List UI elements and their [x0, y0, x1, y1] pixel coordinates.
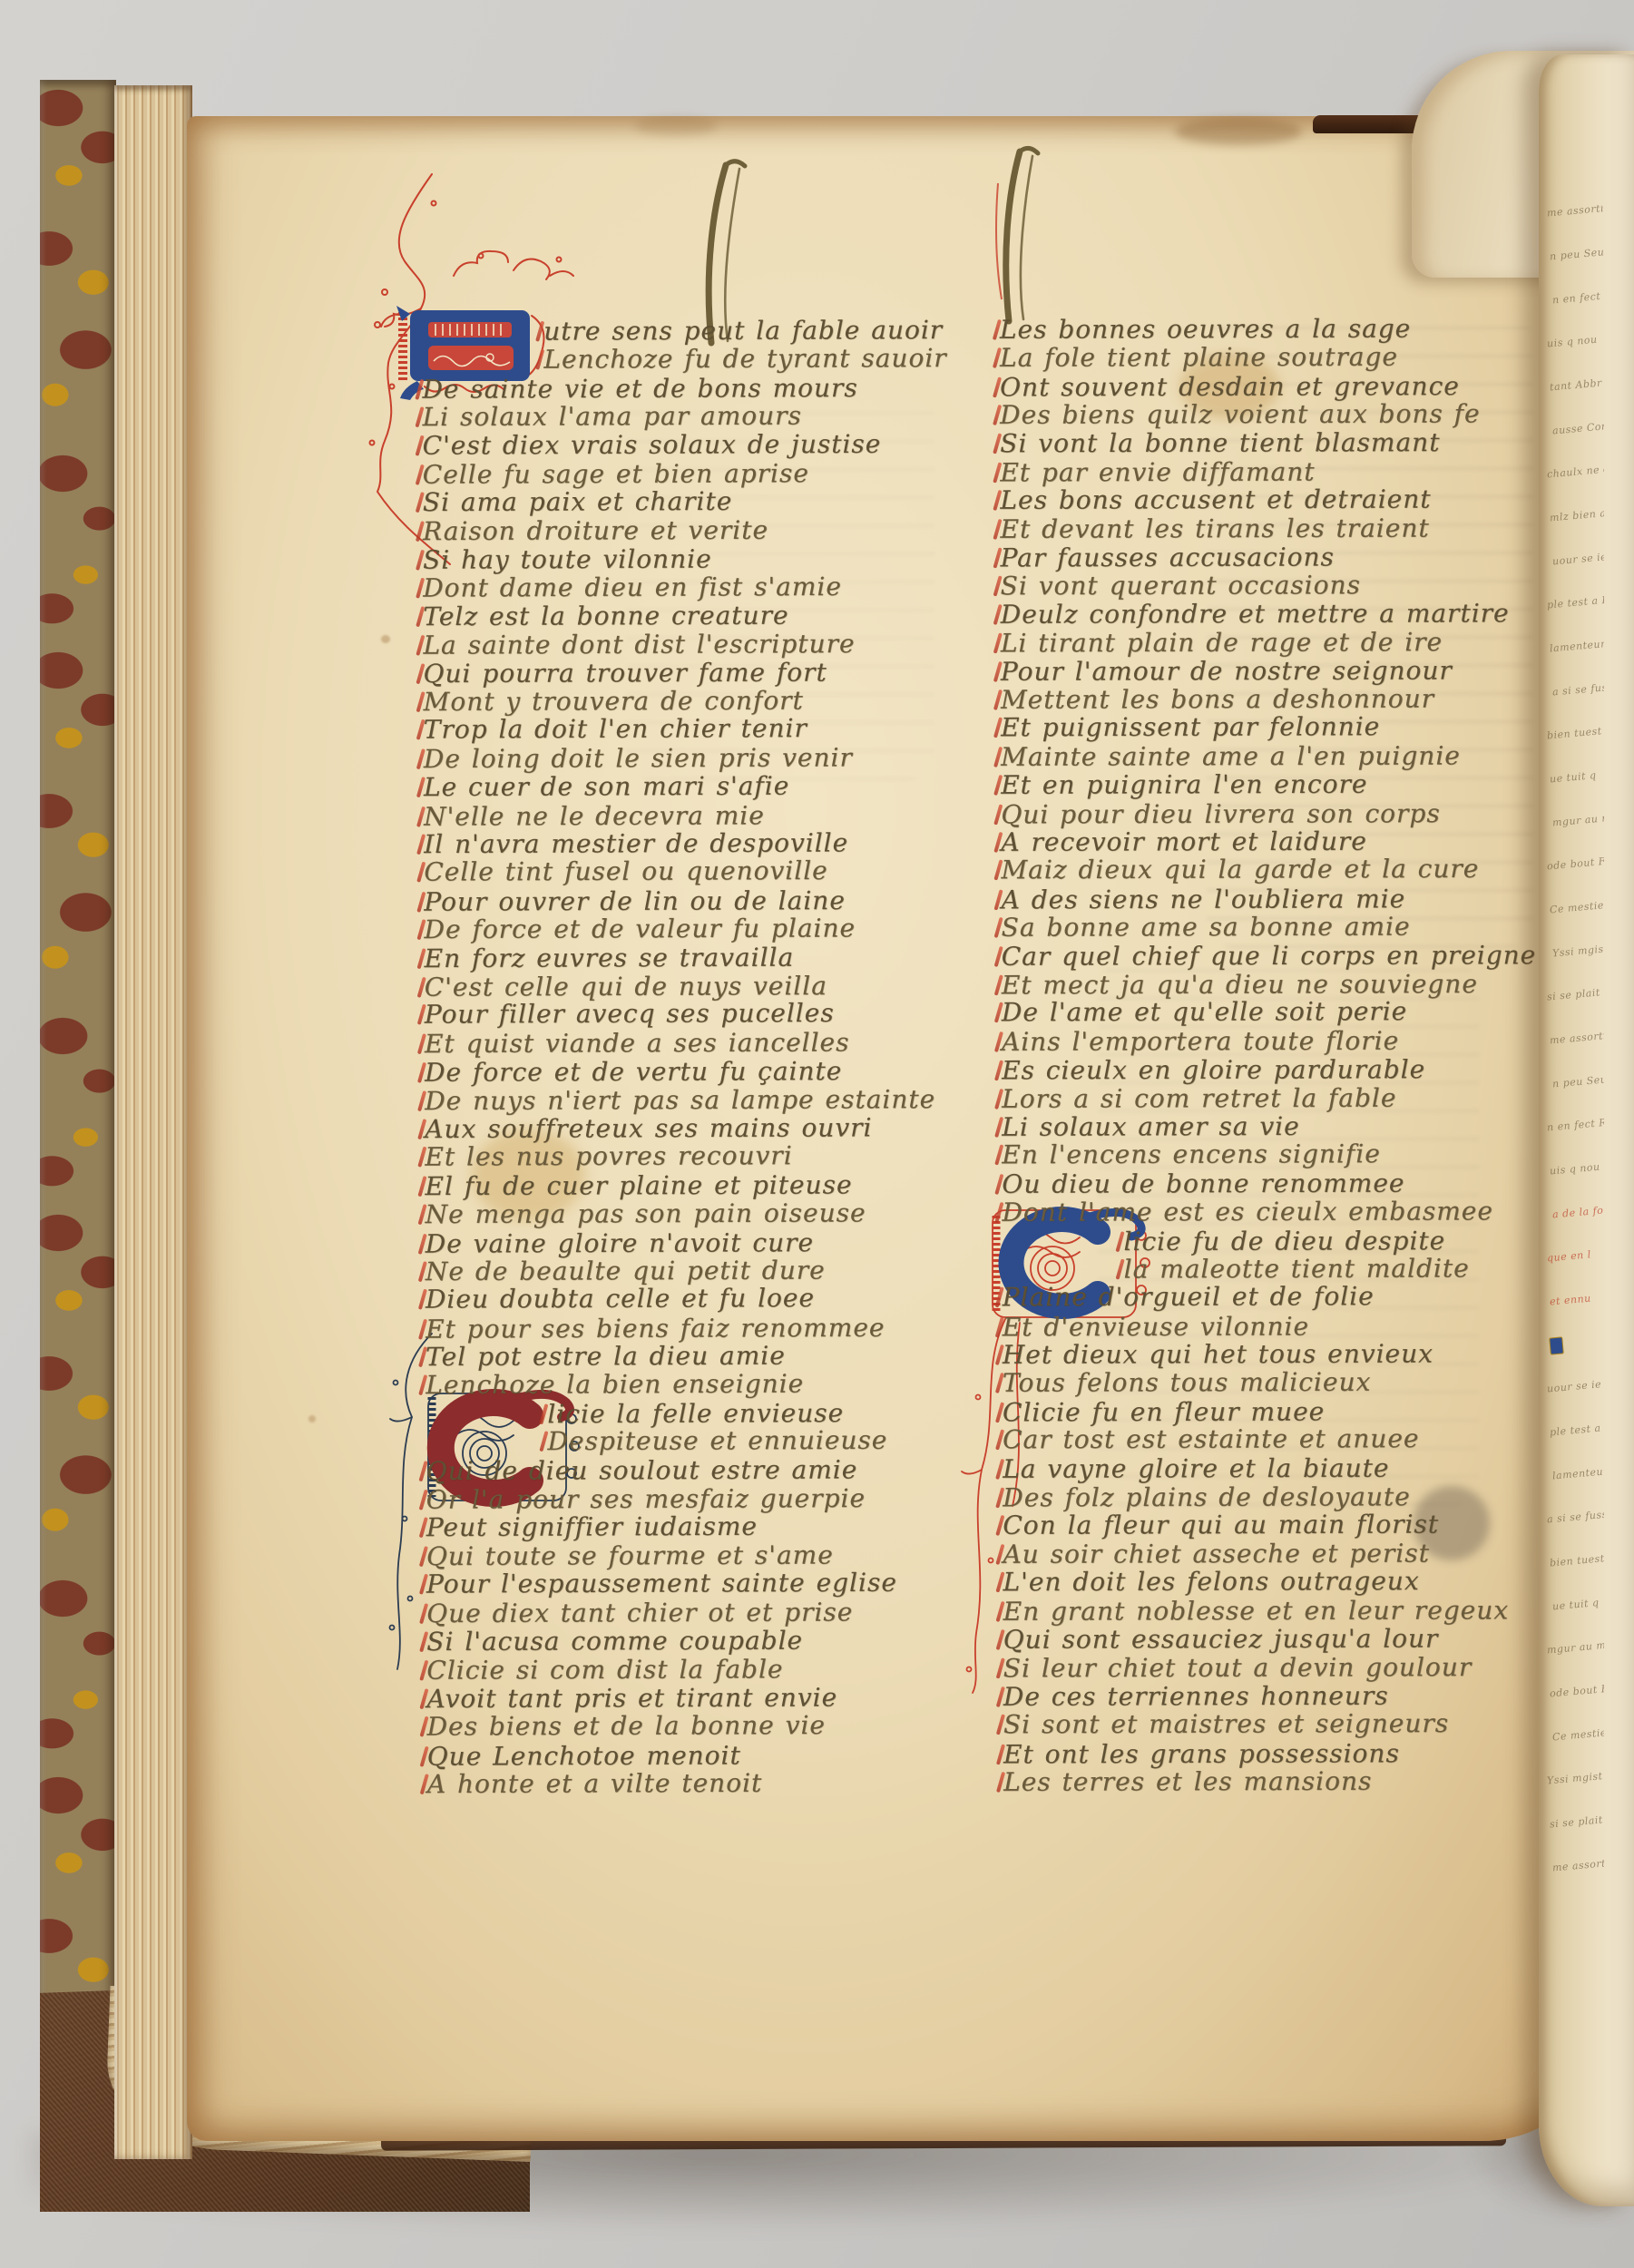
line-text: En grant noblesse et en leur regeux	[1003, 1595, 1510, 1626]
fore-edge-text-line: tant Abbr	[1550, 376, 1604, 394]
text-line: Et par envie diffamant	[989, 457, 1570, 487]
text-line: Despiteuse et ennuieuse	[415, 1426, 995, 1457]
line-text: Clicie si com dist la fable	[426, 1655, 783, 1686]
line-text: Ne de beaulte qui petit dure	[426, 1255, 826, 1286]
text-line: Con la fleur qui au main florist	[992, 1510, 1572, 1540]
text-line: Celle fu sage et bien aprise	[412, 458, 993, 489]
line-text: Mainte sainte ame a l'en puignie	[1001, 740, 1461, 771]
line-text: De ces terriennes honneurs	[1003, 1680, 1389, 1711]
text-line: Peut signiffier iudaisme	[416, 1511, 996, 1542]
fore-edge-text-line: n peu Seur	[1550, 246, 1604, 263]
line-text: Lenchoze la bien enseignie	[426, 1369, 804, 1400]
line-text: Il n'avra mestier de despoville	[424, 827, 848, 859]
text-line: Car tost est estainte et anuee	[992, 1424, 1572, 1454]
line-text: Ou dieu de bonne renommee	[1002, 1168, 1404, 1198]
text-line: Le cuer de son mari s'afie	[413, 771, 993, 802]
manuscript-photo: utre sens peut la fable auoirLenchoze fu…	[0, 0, 1634, 2268]
line-text: Les bons accusent et detraient	[1000, 484, 1431, 515]
text-line: De force et de vertu fu çainte	[414, 1057, 994, 1088]
fore-edge-text-line: Ce mestier	[1552, 1726, 1604, 1744]
line-text: Mettent les bons a deshonnour	[1001, 684, 1434, 715]
line-text: Les terres et les mansions	[1003, 1766, 1372, 1797]
text-line: En grant noblesse et en leur regeux	[993, 1596, 1573, 1626]
text-line: Les terres et les mansions	[993, 1766, 1573, 1796]
line-text: Het dieux qui het tous envieux	[1003, 1339, 1433, 1370]
line-text: Pour filler avecq ses pucelles	[425, 998, 835, 1030]
text-line: Et devant les tirans les traient	[989, 513, 1570, 543]
fore-edge-text-line: si se plait	[1550, 1813, 1604, 1831]
text-line: Tel pot estre la dieu amie	[415, 1341, 995, 1372]
fore-edge-text-line: uour se ie len	[1547, 1378, 1604, 1395]
text-line: En forz euvres se travailla	[414, 942, 994, 973]
line-text: De l'ame et qu'elle soit perie	[1002, 997, 1407, 1028]
text-line: A honte et a vilte tenoit	[416, 1768, 997, 1799]
text-line: Ne de beaulte qui petit dure	[415, 1256, 995, 1286]
text-line: Celle tint fusel ou quenoville	[413, 856, 993, 887]
text-line: Dont dame dieu en fist s'amie	[412, 572, 993, 602]
line-text: Maiz dieux qui la garde et la cure	[1001, 854, 1479, 885]
text-line: Si l'acusa comme coupable	[416, 1626, 996, 1657]
line-text: El fu de cuer plaine et piteuse	[425, 1169, 852, 1201]
text-line: En l'encens encens signifie	[991, 1139, 1571, 1169]
text-line: Mainte sainte ame a l'en puignie	[990, 741, 1570, 771]
text-line: utre sens peut la fable auoir	[411, 316, 992, 347]
text-line: Si vont la bonne tient blasmant	[989, 427, 1570, 457]
fore-edge-text-line: a si se fusse	[1552, 681, 1604, 699]
line-text: Ont souvent desdain et grevance	[1000, 371, 1460, 402]
text-line: Car quel chief que li corps en preigne	[991, 941, 1571, 971]
line-text: Et les nus povres recouvri	[425, 1140, 792, 1171]
text-line: Si vont querant occasions	[990, 570, 1570, 600]
text-line: Et quist viande a ses iancelles	[414, 1028, 994, 1059]
text-line: Ont souvent desdain et grevance	[989, 372, 1570, 402]
line-text: Mont y trouvera de confort	[424, 686, 804, 717]
fore-edge-text-line: chaulx ne d	[1547, 464, 1604, 481]
text-line: Des folz plains de desloyaute	[992, 1482, 1572, 1512]
line-text: Tel pot estre la dieu amie	[426, 1341, 786, 1372]
line-text: Plaine d'orgueil et de folie	[1003, 1282, 1375, 1313]
fore-edge-text-line: mgur au m	[1552, 812, 1604, 829]
line-text: La sainte dont dist l'escripture	[423, 629, 855, 660]
line-text: Si vont la bonne tient blasmant	[1000, 427, 1440, 458]
line-text: Par fausses accusacions	[1001, 543, 1335, 573]
text-line: Maiz dieux qui la garde et la cure	[990, 855, 1570, 885]
line-text: Celle fu sage et bien aprise	[423, 458, 809, 489]
line-text: licie fu de dieu despite	[1123, 1226, 1445, 1256]
line-text: Pour l'amour de nostre seignour	[1001, 655, 1453, 686]
text-line: La sainte dont dist l'escripture	[412, 630, 993, 660]
text-line: licie la felle envieuse	[415, 1398, 995, 1429]
line-text: Si l'acusa comme coupable	[426, 1626, 803, 1657]
top-edge-browning	[1175, 118, 1302, 145]
text-line: Si leur chiet tout a devin goulour	[993, 1653, 1573, 1683]
text-line: Qui pour dieu livrera son corps	[990, 798, 1570, 828]
fore-edge-text-line: uour se ie len	[1552, 551, 1604, 568]
line-text: C'est celle qui de nuys veilla	[425, 971, 827, 1002]
fore-edge-text-line: a de la fo	[1552, 1204, 1604, 1221]
text-line: Clicie si com dist la fable	[416, 1655, 996, 1686]
line-text: Or l'a pour ses mesfaiz guerpie	[426, 1483, 866, 1515]
line-text: Avoit tant pris et tirant envie	[426, 1682, 837, 1714]
page-stack-gutter-edge	[114, 85, 192, 2159]
line-text: L'en doit les felons outrageux	[1003, 1566, 1419, 1597]
fore-edge-text-line: uis q nou	[1547, 333, 1604, 350]
line-text: En l'encens encens signifie	[1002, 1139, 1381, 1170]
fore-edge-text-line: ausse Com	[1552, 420, 1604, 437]
line-text: Des biens et de la bonne vie	[427, 1710, 826, 1742]
text-line: Sa bonne ame sa bonne amie	[991, 912, 1571, 942]
line-text: Si sont et maistres et seigneurs	[1003, 1708, 1449, 1739]
text-line: Qui toute se fourme et s'ame	[416, 1540, 996, 1571]
text-line: Si hay toute vilonnie	[412, 544, 993, 575]
text-column-1: utre sens peut la fable auoirLenchoze fu…	[411, 316, 997, 1799]
line-text: Si leur chiet tout a devin goulour	[1003, 1652, 1473, 1683]
line-text: Si ama paix et charite	[423, 486, 733, 517]
text-line: la maleotte tient maldite	[992, 1254, 1572, 1284]
fore-edge-text-line: lamenteur Ser	[1550, 638, 1604, 655]
fore-edge-text-line: me assorti	[1550, 1030, 1604, 1047]
text-line: A recevoir mort et laidure	[990, 826, 1570, 856]
line-text: Ains l'emportera toute florie	[1002, 1025, 1399, 1056]
line-text: De nuys n'iert pas sa lampe estainte	[425, 1084, 935, 1116]
line-text: Que diex tant chier ot et prise	[426, 1597, 853, 1628]
fore-edge-text-line: Ce mestier	[1550, 899, 1604, 916]
fore-edge-text-line: me assorti	[1552, 1857, 1604, 1874]
line-text: Et d'envieuse vilonnie	[1003, 1311, 1309, 1342]
line-text: Si hay toute vilonnie	[423, 544, 712, 575]
line-text: A honte et a vilte tenoit	[427, 1768, 763, 1799]
line-text: Li solaux amer sa vie	[1002, 1111, 1300, 1142]
text-line: C'est diex vrais solaux de justise	[412, 429, 993, 460]
line-text: Des biens quilz voient aux bons fe	[1000, 399, 1480, 430]
text-line: Et mect ja qu'a dieu ne souviegne	[991, 970, 1571, 1000]
line-text: A recevoir mort et laidure	[1001, 826, 1367, 857]
fore-edge-text: me assortin peu Seurn en fect Rouis q no…	[1544, 205, 1604, 1911]
text-line: Et en puignira l'en encore	[990, 769, 1570, 799]
line-text: Et devant les tirans les traient	[1000, 513, 1429, 543]
text-column-2: Les bonnes oeuvres a la sageLa fole tien…	[989, 314, 1573, 1796]
line-text: Qui de dieu soulout estre amie	[426, 1454, 858, 1486]
text-line: licie fu de dieu despite	[991, 1226, 1571, 1256]
text-line: La vayne gloire et la biaute	[992, 1453, 1572, 1483]
line-text: Li tirant plain de rage et de ire	[1001, 627, 1443, 658]
line-text: De force et de vertu fu çainte	[425, 1056, 842, 1088]
line-text: De loing doit le sien pris venir	[424, 742, 853, 774]
text-line: De vaine gloire n'avoit cure	[415, 1227, 995, 1258]
fore-edge-text-line: et ennu	[1550, 1291, 1604, 1308]
line-text: De force et de valeur fu plaine	[424, 914, 856, 945]
line-text: Et en puignira l'en encore	[1001, 769, 1367, 800]
line-text: Si vont querant occasions	[1001, 570, 1361, 601]
text-line: Et puignissent par felonnie	[990, 712, 1570, 742]
line-text: Que Lenchotoe menoit	[427, 1740, 741, 1771]
text-line: N'elle ne le decevra mie	[413, 800, 993, 831]
cadel-ascender-column2	[973, 147, 1063, 328]
line-text: Sa bonne ame sa bonne amie	[1002, 912, 1411, 943]
text-line: Que Lenchotoe menoit	[416, 1740, 997, 1771]
line-text: Des folz plains de desloyaute	[1003, 1481, 1410, 1512]
line-text: Et quist viande a ses iancelles	[425, 1027, 850, 1059]
line-text: Et pour ses biens faiz renommee	[426, 1313, 885, 1344]
line-text: La fole tient plaine soutrage	[1000, 342, 1398, 373]
text-line: Lors a si com retret la fable	[991, 1083, 1571, 1113]
text-line: Plaine d'orgueil et de folie	[992, 1282, 1572, 1312]
text-line: Et d'envieuse vilonnie	[992, 1311, 1572, 1341]
text-line: Les bonnes oeuvres a la sage	[989, 314, 1570, 344]
text-line: De nuys n'iert pas sa lampe estainte	[414, 1084, 994, 1115]
stain-dot	[381, 635, 390, 643]
line-text: Tous felons tous malicieux	[1003, 1367, 1371, 1398]
line-text: N'elle ne le decevra mie	[424, 800, 765, 831]
text-line: Tous felons tous malicieux	[992, 1368, 1572, 1398]
line-text: De sainte vie et de bons mours	[422, 373, 857, 405]
fore-edge-text-line: mlz bien au	[1550, 507, 1604, 524]
text-line: Qui sont essauciez jusqu'a lour	[993, 1624, 1573, 1654]
text-line: El fu de cuer plaine et piteuse	[414, 1170, 994, 1201]
line-text: Qui pourra trouver fame fort	[423, 657, 827, 689]
line-text: Peut signiffier iudaisme	[426, 1511, 758, 1542]
line-text: Lenchoze fu de tyrant sauoir	[543, 343, 946, 375]
text-line: De l'ame et qu'elle soit perie	[991, 997, 1571, 1027]
line-text: De vaine gloire n'avoit cure	[426, 1227, 814, 1258]
text-line: Les bons accusent et detraient	[989, 485, 1570, 515]
line-text: Pour l'espaussement sainte eglise	[426, 1568, 897, 1599]
fore-edge-text-line: n en fect Ro	[1552, 289, 1604, 307]
text-line: Qui de dieu soulout estre amie	[416, 1455, 996, 1486]
fore-edge-text-line: bien tuest si	[1547, 725, 1604, 742]
fore-edge-text-line: ue tuit q	[1550, 768, 1604, 786]
text-line: Or l'a pour ses mesfaiz guerpie	[416, 1483, 996, 1514]
fore-edge-text-line: ple test a Rom	[1547, 594, 1604, 611]
text-line: Lenchoze fu de tyrant sauoir	[411, 344, 992, 375]
text-line: Et ont les grans possessions	[993, 1738, 1573, 1768]
text-line: Des biens et de la bonne vie	[416, 1711, 997, 1742]
fore-edge-text-line: me assorti	[1547, 205, 1604, 219]
text-line: Pour l'espaussement sainte eglise	[416, 1569, 996, 1599]
fore-edge-text-line: si se plait	[1547, 986, 1604, 1003]
text-line: De ces terriennes honneurs	[993, 1681, 1573, 1711]
line-text: Raison droiture et verite	[423, 514, 768, 545]
line-text: Qui pour dieu livrera son corps	[1001, 798, 1440, 829]
fore-edge-text-line: ode bout Fu	[1550, 1683, 1604, 1700]
text-line: Avoit tant pris et tirant envie	[416, 1683, 996, 1714]
line-text: Dieu doubta celle et fu loee	[426, 1283, 815, 1314]
fore-edge-text-line: bien tuest si	[1550, 1552, 1604, 1569]
line-text: A des siens ne l'oubliera mie	[1002, 884, 1406, 914]
fore-edge-text-line: a si se fusse	[1547, 1509, 1604, 1526]
line-text: licie la felle envieuse	[547, 1398, 844, 1429]
line-text: En forz euvres se travailla	[425, 942, 795, 973]
text-line: Et pour ses biens faiz renommee	[415, 1313, 995, 1344]
line-text: Deulz confondre et mettre a martire	[1001, 598, 1510, 629]
line-text: Qui toute se fourme et s'ame	[426, 1540, 834, 1571]
text-line: C'est celle qui de nuys veilla	[414, 971, 994, 1002]
line-text: Es cieulx en gloire pardurable	[1002, 1054, 1425, 1085]
fore-edge-text-line: ode bout Fu	[1547, 855, 1604, 873]
line-text: Telz est la bonne creature	[423, 601, 788, 631]
fore-edge-text-line: n en fect Ro	[1547, 1117, 1604, 1134]
text-line: Lenchoze la bien enseignie	[415, 1369, 995, 1400]
text-line: Des biens quilz voient aux bons fe	[989, 399, 1570, 429]
text-line: Pour l'amour de nostre seignour	[990, 656, 1570, 686]
line-text: Au soir chiet asseche et perist	[1003, 1538, 1429, 1569]
text-line: Ou dieu de bonne renommee	[991, 1168, 1571, 1198]
line-text: Qui sont essauciez jusqu'a lour	[1003, 1624, 1439, 1655]
text-line: Pour filler avecq ses pucelles	[414, 999, 994, 1030]
line-text: Aux souffreteux ses mains ouvri	[425, 1112, 872, 1144]
text-line: Clicie fu en fleur muee	[992, 1397, 1572, 1427]
text-line: Il n'avra mestier de despoville	[413, 828, 993, 859]
stain-dot	[308, 1415, 316, 1422]
line-text: Et puignissent par felonnie	[1001, 712, 1380, 743]
text-line: Au soir chiet asseche et perist	[992, 1539, 1572, 1569]
text-line: Qui pourra trouver fame fort	[412, 658, 993, 689]
line-text: Celle tint fusel ou quenoville	[424, 855, 828, 887]
text-line: De force et de valeur fu plaine	[413, 914, 993, 944]
fore-edge-text-line: lamenteur Ser	[1552, 1465, 1604, 1482]
fore-edge-mini-initial	[1549, 1336, 1564, 1354]
fore-edge-text-line: mgur au m	[1547, 1639, 1604, 1657]
line-text: Le cuer de son mari s'afie	[424, 771, 789, 802]
line-text: Les bonnes oeuvres a la sage	[1000, 314, 1411, 345]
line-text: Car quel chief que li corps en preigne	[1002, 940, 1537, 972]
line-text: Con la fleur qui au main florist	[1003, 1510, 1439, 1540]
text-line: De sainte vie et de bons mours	[411, 373, 992, 404]
line-text: Et par envie diffamant	[1000, 456, 1315, 487]
text-line: Deulz confondre et mettre a martire	[990, 599, 1570, 629]
line-text: Dont l'ame est es cieulx embasmee	[1002, 1196, 1493, 1227]
text-line: Mettent les bons a deshonnour	[990, 684, 1570, 714]
top-edge-browning	[635, 116, 717, 136]
text-line: Mont y trouvera de confort	[413, 686, 993, 717]
text-line: Telz est la bonne creature	[412, 601, 993, 631]
text-line: Het dieux qui het tous envieux	[992, 1339, 1572, 1369]
book-cover-marbled-edge	[40, 80, 116, 2157]
fore-edge-text-line: que en l	[1547, 1247, 1604, 1265]
line-text: Trop la doit l'en chier tenir	[424, 714, 807, 745]
line-text: Et ont les grans possessions	[1003, 1738, 1400, 1769]
text-line: Dieu doubta celle et fu loee	[415, 1284, 995, 1315]
text-line: Pour ouvrer de lin ou de laine	[413, 885, 993, 916]
fore-edge-text-line: Yssi mgist	[1552, 943, 1604, 960]
line-text: utre sens peut la fable auoir	[543, 315, 943, 347]
text-line: Aux souffreteux ses mains ouvri	[414, 1113, 994, 1144]
line-text: Dont dame dieu en fist s'amie	[423, 571, 842, 602]
line-text: Ne menga pas son pain oiseuse	[426, 1198, 866, 1229]
text-line: La fole tient plaine soutrage	[989, 343, 1570, 373]
text-line: Si sont et maistres et seigneurs	[993, 1709, 1573, 1739]
line-text: La vayne gloire et la biaute	[1003, 1452, 1389, 1483]
line-text: Despiteuse et ennuieuse	[547, 1425, 887, 1456]
text-line: Et les nus povres recouvri	[414, 1141, 994, 1172]
text-line: L'en doit les felons outrageux	[992, 1567, 1572, 1597]
text-line: Par fausses accusacions	[990, 543, 1570, 572]
text-line: Ne menga pas son pain oiseuse	[415, 1198, 995, 1229]
text-line: Li tirant plain de rage et de ire	[990, 628, 1570, 658]
line-text: Lors a si com retret la fable	[1002, 1082, 1396, 1113]
fore-edge-text-line: n peu Seur	[1552, 1073, 1604, 1090]
text-line: De loing doit le sien pris venir	[413, 743, 993, 774]
fore-edge-text-line: ue tuit q	[1552, 1596, 1604, 1613]
text-line: A des siens ne l'oubliera mie	[991, 885, 1571, 914]
text-line: Trop la doit l'en chier tenir	[413, 714, 993, 745]
text-line: Que diex tant chier ot et prise	[416, 1597, 996, 1628]
line-text: Car tost est estainte et anuee	[1003, 1423, 1419, 1454]
text-line: Li solaux amer sa vie	[991, 1111, 1571, 1141]
text-line: Dont l'ame est es cieulx embasmee	[991, 1197, 1571, 1227]
text-line: Raison droiture et verite	[412, 515, 993, 546]
text-line: Si ama paix et charite	[412, 486, 993, 517]
line-text: la maleotte tient maldite	[1124, 1253, 1470, 1284]
line-text: Clicie fu en fleur muee	[1003, 1396, 1325, 1427]
fore-edge-text-line: ple test a Rom	[1550, 1422, 1604, 1439]
fore-edge-text-line: Yssi mgist	[1547, 1770, 1604, 1787]
line-text: Et mect ja qu'a dieu ne souviegne	[1002, 969, 1478, 1000]
line-text: Pour ouvrer de lin ou de laine	[424, 885, 846, 917]
red-hairline-flourish	[996, 183, 1002, 299]
text-line: Li solaux l'ama par amours	[411, 401, 992, 432]
text-line: Es cieulx en gloire pardurable	[991, 1055, 1571, 1085]
text-line: Ains l'emportera toute florie	[991, 1026, 1571, 1056]
line-text: C'est diex vrais solaux de justise	[423, 428, 882, 460]
line-text: Li solaux l'ama par amours	[422, 401, 801, 432]
fore-edge-text-line: uis q nou	[1550, 1160, 1604, 1178]
